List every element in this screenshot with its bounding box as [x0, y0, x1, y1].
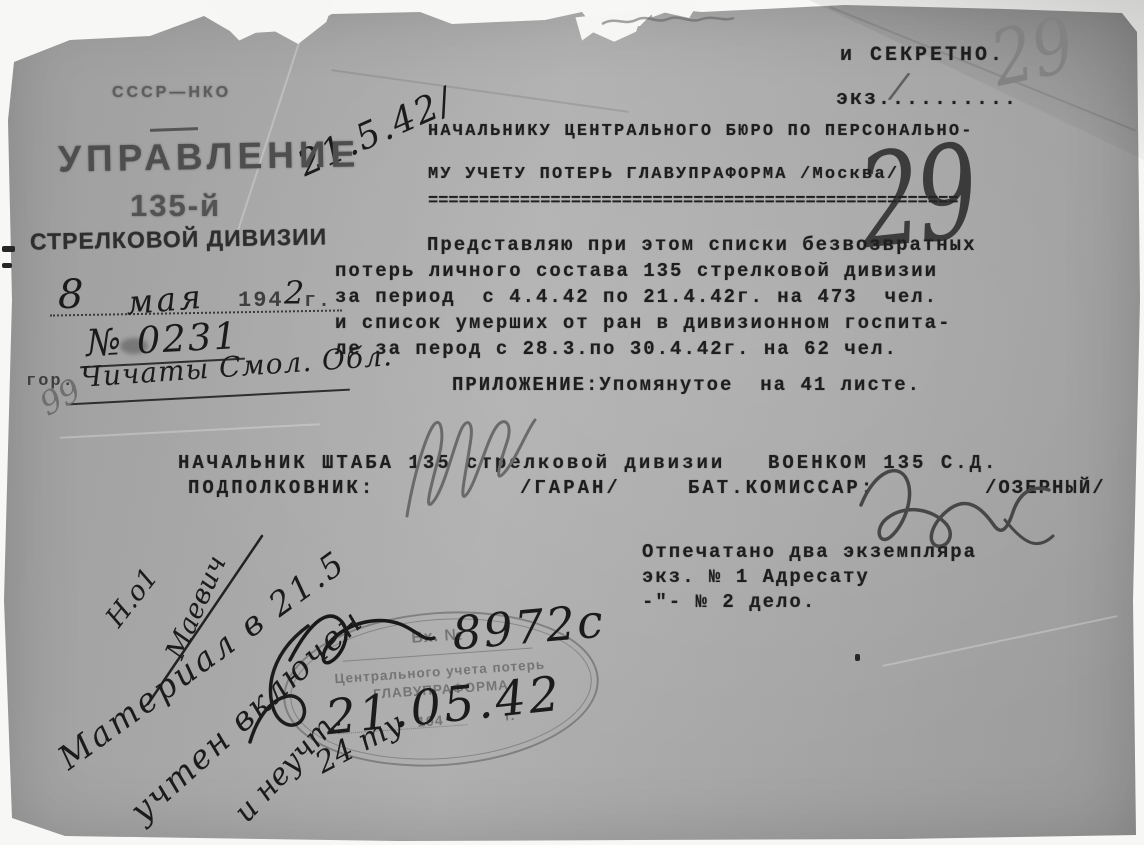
printed-year-prefix: 194 [238, 288, 284, 313]
classification-stamp: и СЕКРЕТНО. [840, 44, 1005, 67]
attachment-line: ПРИЛОЖЕНИЕ:Упомянутое на 41 листе. [452, 374, 921, 396]
copies-line: экз. № 1 Адресату [642, 565, 977, 590]
ink-speck [2, 246, 15, 252]
address-line-2: МУ УЧЕТУ ПОТЕРЬ ГЛАВУПРАФОРМА /Москва/ [428, 165, 899, 184]
body-line: потерь личного состава 135 стрелковой ди… [335, 258, 976, 284]
body-paragraph: Представляю при этом списки безвозвратны… [335, 232, 976, 362]
copies-note: Отпечатано два экземпляра экз. № 1 Адрес… [642, 540, 977, 615]
handwritten-day: 8 [58, 272, 83, 318]
ink-speck [2, 263, 12, 268]
printed-year-suffix: г. [304, 290, 332, 313]
handwritten-year-digit: 2 [284, 274, 304, 312]
body-line: Представляю при этом списки безвозвратны… [427, 232, 976, 258]
letterhead-org-line-3: СТРЕЛКОВОЙ ДИВИЗИИ [30, 223, 328, 255]
body-line: и список умерших от ран в дивизионном го… [335, 310, 976, 336]
faint-pencil-mark [598, 10, 743, 32]
signature-garan-autograph [395, 408, 545, 523]
letterhead-org-line-2: 135-й [130, 188, 221, 224]
copies-line: -"- № 2 дело. [642, 590, 977, 615]
copies-line: Отпечатано два экземпляра [642, 540, 977, 565]
body-line: за период с 4.4.42 по 21.4.42г. на 473 ч… [335, 284, 976, 310]
ink-speck [855, 654, 860, 661]
body-line: ле за перод с 28.3.по 30.4.42г. на 62 че… [335, 336, 976, 362]
signature-left-rank: ПОДПОЛКОВНИК: [188, 477, 375, 499]
signature-right-rank: БАТ.КОМИССАР: [688, 477, 875, 499]
letterhead-org-line-1: УПРАВЛЕНИЕ [58, 133, 361, 180]
copy-number-line: экз.......... [836, 88, 1018, 111]
letterhead-country: СССР—НКО [112, 84, 231, 102]
scanned-document-page: и СЕКРЕТНО. экз.......... / 29 21.5.42/ … [0, 0, 1144, 845]
